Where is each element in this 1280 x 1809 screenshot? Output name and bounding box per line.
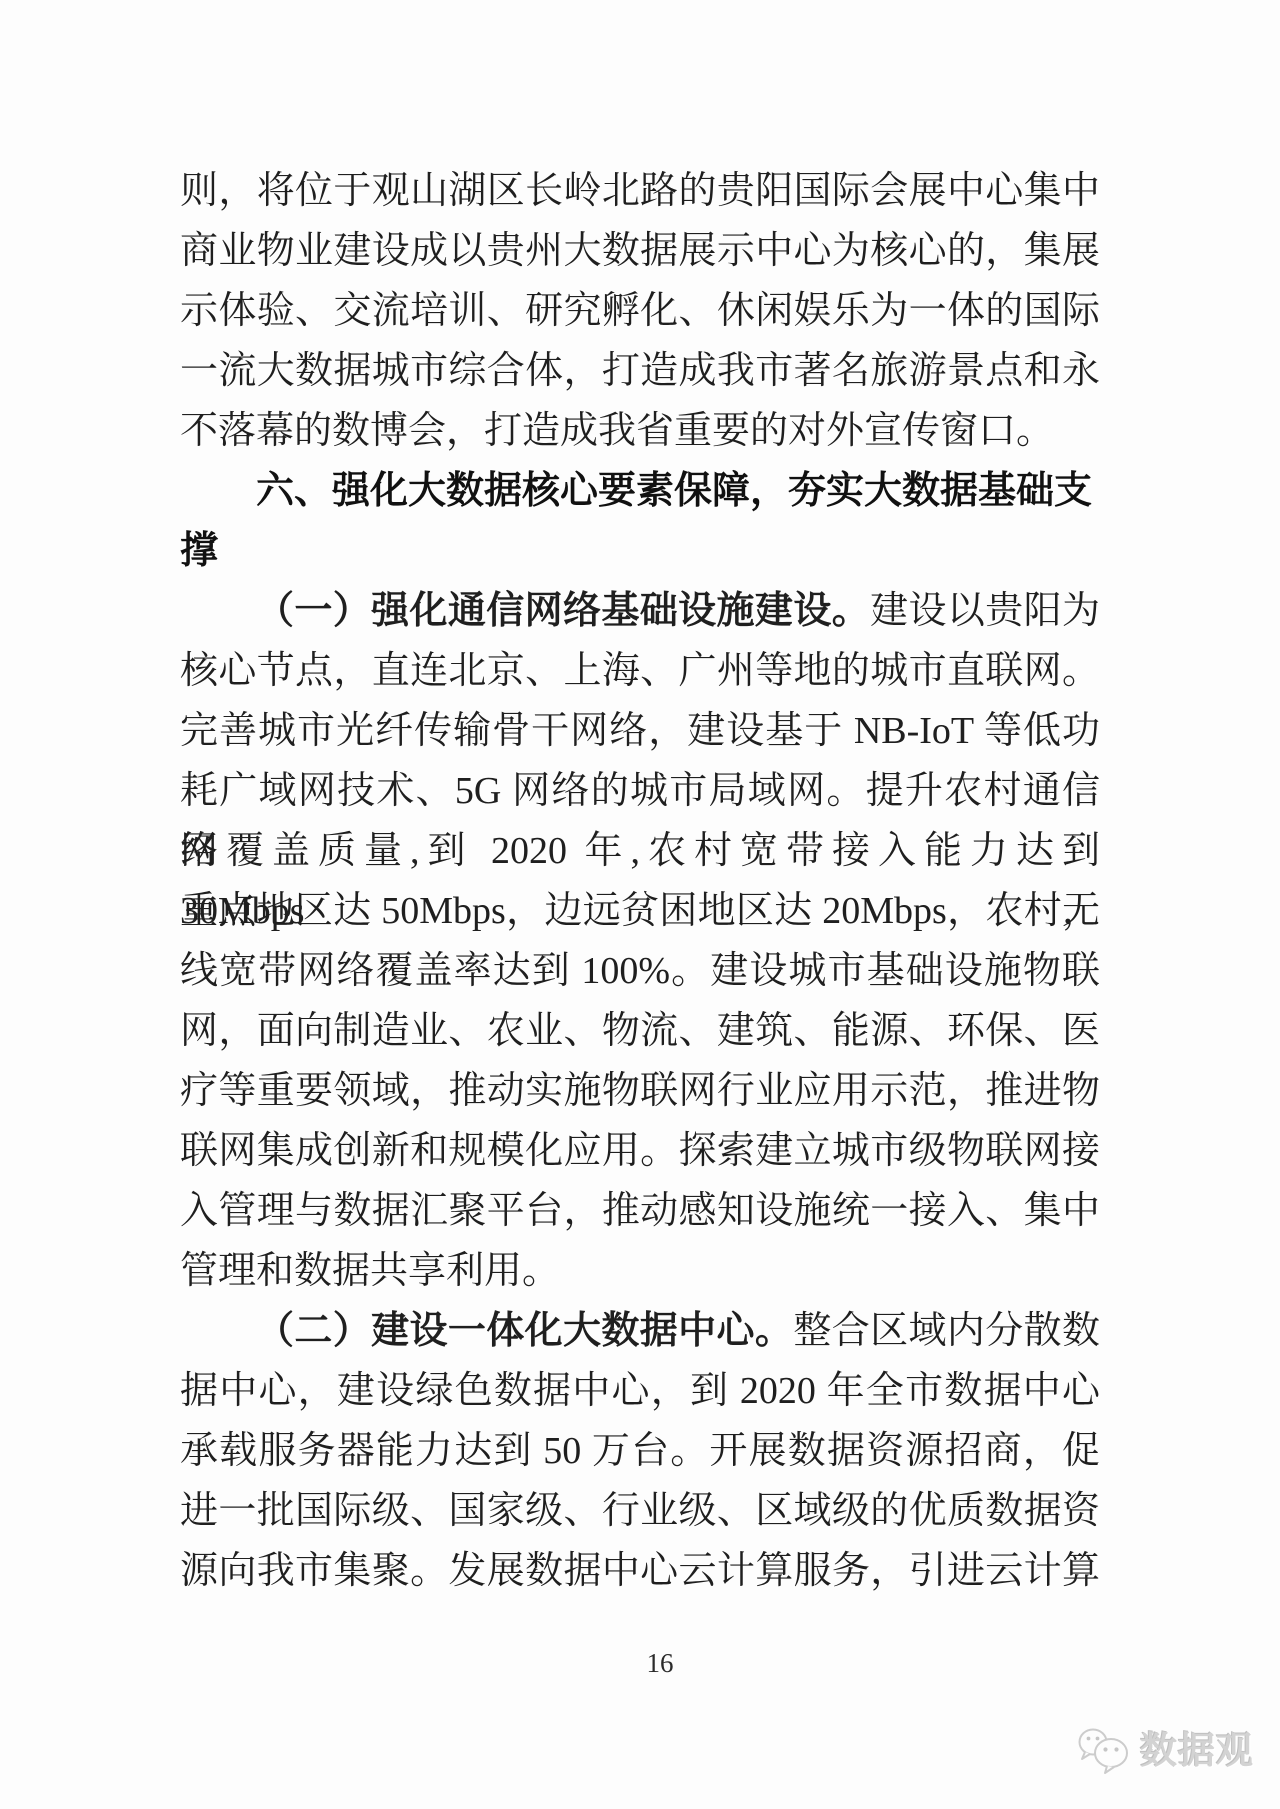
document-page: 则，将位于观山湖区长岭北路的贵阳国际会展中心集中商业物业建设成以贵州大数据展示中… xyxy=(0,0,1280,1809)
text-line: 入管理与数据汇聚平台，推动感知设施统一接入、集中 xyxy=(180,1181,1100,1241)
text-run: 入管理与数据汇聚平台，推动感知设施统一接入、集中 xyxy=(180,1190,1100,1232)
text-line: 管理和数据共享利用。 xyxy=(180,1241,1100,1301)
bold-text-run: 六、强化大数据核心要素保障，夯实大数据基础支 xyxy=(256,470,1092,512)
text-run: 网，面向制造业、农业、物流、建筑、能源、环保、医 xyxy=(180,1010,1100,1052)
text-run: 进一批国际级、国家级、行业级、区域级的优质数据资 xyxy=(180,1490,1100,1532)
text-run: 据中心，建设绿色数据中心，到 2020 年全市数据中心 xyxy=(180,1370,1100,1412)
text-run: 管理和数据共享利用。 xyxy=(180,1250,560,1292)
text-line: （二）建设一体化大数据中心。整合区域内分散数 xyxy=(180,1301,1100,1361)
bold-text-run: （二）建设一体化大数据中心。 xyxy=(256,1310,793,1352)
text-run: 不落幕的数博会，打造成我省重要的对外宣传窗口。 xyxy=(180,410,1054,452)
text-run: 重点地区达 50Mbps，边远贫困地区达 20Mbps，农村无 xyxy=(180,890,1100,932)
text-run: 疗等重要领域，推动实施物联网行业应用示范，推进物 xyxy=(180,1070,1100,1112)
text-line: 网，面向制造业、农业、物流、建筑、能源、环保、医 xyxy=(180,1001,1100,1061)
page-number: 16 xyxy=(580,1646,740,1680)
text-line: （一）强化通信网络基础设施建设。建设以贵阳为 xyxy=(180,581,1100,641)
watermark-label: 数据观 xyxy=(1140,1728,1254,1774)
text-line: 示体验、交流培训、研究孵化、休闲娱乐为一体的国际 xyxy=(180,281,1100,341)
text-run: 则，将位于观山湖区长岭北路的贵阳国际会展中心集中 xyxy=(180,170,1100,212)
text-run: 线宽带网络覆盖率达到 100%。建设城市基础设施物联 xyxy=(180,950,1100,992)
text-run: 完善城市光纤传输骨干网络，建设基于 NB-IoT 等低功 xyxy=(180,710,1100,752)
text-line: 络覆盖质量,到 2020 年,农村宽带接入能力达到 30Mbps， xyxy=(180,821,1100,881)
text-line: 核心节点，直连北京、上海、广州等地的城市直联网。 xyxy=(180,641,1100,701)
bold-text-run: 撑 xyxy=(180,530,218,572)
text-run: 一流大数据城市综合体，打造成我市著名旅游景点和永 xyxy=(180,350,1100,392)
text-line: 据中心，建设绿色数据中心，到 2020 年全市数据中心 xyxy=(180,1361,1100,1421)
text-line: 疗等重要领域，推动实施物联网行业应用示范，推进物 xyxy=(180,1061,1100,1121)
text-line: 承载服务器能力达到 50 万台。开展数据资源招商，促 xyxy=(180,1421,1100,1481)
text-line: 联网集成创新和规模化应用。探索建立城市级物联网接 xyxy=(180,1121,1100,1181)
text-line: 完善城市光纤传输骨干网络，建设基于 NB-IoT 等低功 xyxy=(180,701,1100,761)
watermark: 数据观 xyxy=(1076,1727,1254,1775)
heading-line: 六、强化大数据核心要素保障，夯实大数据基础支 xyxy=(180,461,1100,521)
text-run: 联网集成创新和规模化应用。探索建立城市级物联网接 xyxy=(180,1130,1100,1172)
text-line: 商业物业建设成以贵州大数据展示中心为核心的，集展 xyxy=(180,221,1100,281)
text-run: 核心节点，直连北京、上海、广州等地的城市直联网。 xyxy=(180,650,1100,692)
text-run: 示体验、交流培训、研究孵化、休闲娱乐为一体的国际 xyxy=(180,290,1100,332)
text-line: 源向我市集聚。发展数据中心云计算服务，引进云计算 xyxy=(180,1541,1100,1601)
text-line: 进一批国际级、国家级、行业级、区域级的优质数据资 xyxy=(180,1481,1100,1541)
text-line: 不落幕的数博会，打造成我省重要的对外宣传窗口。 xyxy=(180,401,1100,461)
text-line: 则，将位于观山湖区长岭北路的贵阳国际会展中心集中 xyxy=(180,161,1100,221)
body-text: 则，将位于观山湖区长岭北路的贵阳国际会展中心集中商业物业建设成以贵州大数据展示中… xyxy=(180,161,1100,1601)
text-run: 建设以贵阳为 xyxy=(870,590,1100,632)
text-run: 源向我市集聚。发展数据中心云计算服务，引进云计算 xyxy=(180,1550,1100,1592)
bold-text-run: （一）强化通信网络基础设施建设。 xyxy=(256,590,870,632)
text-line: 耗广域网技术、5G 网络的城市局域网。提升农村通信网 xyxy=(180,761,1100,821)
text-run: 承载服务器能力达到 50 万台。开展数据资源招商，促 xyxy=(180,1430,1100,1472)
text-line: 重点地区达 50Mbps，边远贫困地区达 20Mbps，农村无 xyxy=(180,881,1100,941)
wechat-bubbles-icon xyxy=(1076,1727,1134,1775)
text-line: 线宽带网络覆盖率达到 100%。建设城市基础设施物联 xyxy=(180,941,1100,1001)
text-line: 一流大数据城市综合体，打造成我市著名旅游景点和永 xyxy=(180,341,1100,401)
heading-line: 撑 xyxy=(180,521,1100,581)
text-run: 整合区域内分散数 xyxy=(793,1310,1100,1352)
text-run: 商业物业建设成以贵州大数据展示中心为核心的，集展 xyxy=(180,230,1100,272)
